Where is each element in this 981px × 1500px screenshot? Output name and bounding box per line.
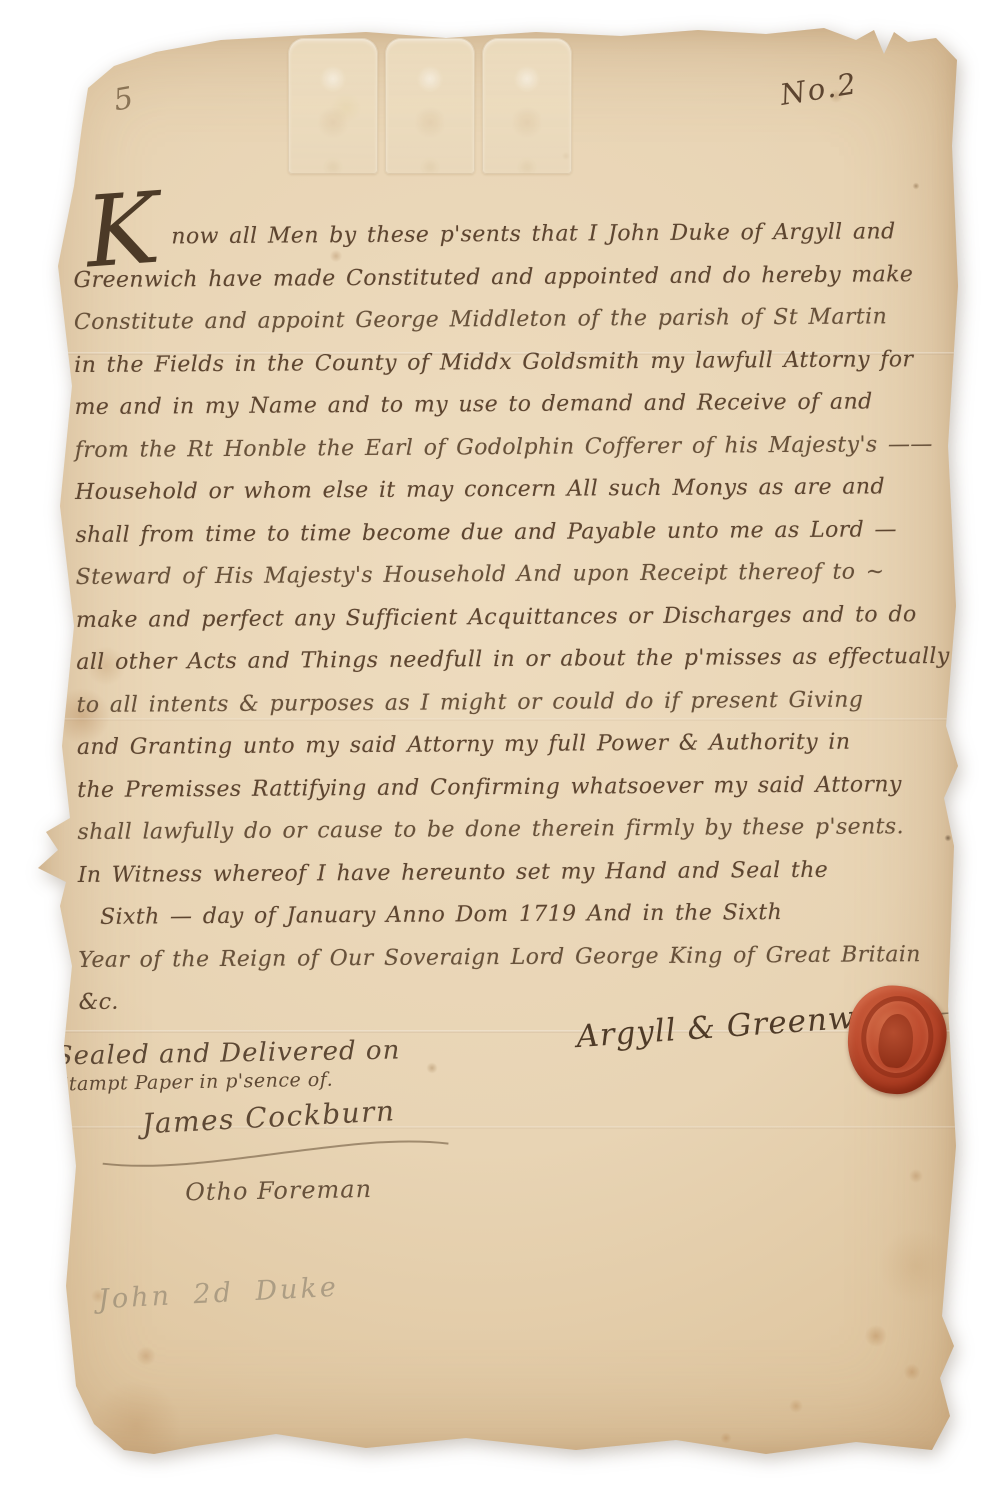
attestation-line: Sealed and Delivered on: [55, 1035, 455, 1072]
body-line: all other Acts and Things needfull in or…: [76, 636, 936, 685]
witness-attestation-block: Sealed and Delivered on Stampt Paper in …: [55, 1035, 458, 1209]
pencil-attribution-note: John 2d Duke: [97, 1272, 339, 1316]
witness-signature: Otho Foreman: [185, 1174, 457, 1207]
body-line: shall from time to time become due and P…: [75, 509, 935, 558]
body-line: the Premisses Rattifying and Confirming …: [77, 763, 937, 812]
embossed-revenue-stamp-icon: [288, 38, 378, 174]
body-line: Household or whom else it may concern Al…: [75, 466, 935, 515]
body-line: shall lawfully do or cause to be done th…: [77, 806, 937, 855]
manuscript-body: now all Men by these p'sents that I John…: [73, 211, 939, 1024]
body-line: now all Men by these p'sents that I John…: [73, 211, 933, 260]
body-line: Year of the Reign of Our Soveraign Lord …: [78, 933, 938, 982]
body-line: In Witness whereof I have hereunto set m…: [78, 848, 938, 897]
body-line: make and perfect any Sufficient Acquitta…: [76, 593, 936, 642]
document-number: No.2: [778, 66, 860, 112]
body-line: Sixth — day of January Anno Dom 1719 And…: [78, 891, 938, 940]
embossed-stamp-row: [288, 38, 572, 174]
manuscript-paper: 5 No.2 K now all Men by these p'sents th…: [36, 26, 960, 1456]
body-line: Constitute and appoint George Middleton …: [74, 296, 934, 345]
embossed-revenue-stamp-icon: [482, 38, 572, 174]
embossed-revenue-stamp-icon: [385, 38, 475, 174]
body-line: Greenwich have made Constituted and appo…: [73, 254, 933, 303]
body-line: Steward of His Majesty's Household And u…: [76, 551, 936, 600]
body-line: from the Rt Honble the Earl of Godolphin…: [75, 424, 935, 473]
photograph-backdrop: 5 No.2 K now all Men by these p'sents th…: [0, 0, 981, 1500]
body-line: to all intents & purposes as I might or …: [76, 678, 936, 727]
body-line: in the Fields in the County of Middx Gol…: [74, 339, 934, 388]
body-line: and Granting unto my said Attorny my ful…: [77, 721, 937, 770]
paper-shadow-wrap: 5 No.2 K now all Men by these p'sents th…: [0, 0, 981, 1500]
attestation-line: Stampt Paper in p'sence of.: [55, 1067, 455, 1096]
pencil-folio-number: 5: [111, 81, 136, 119]
body-line: me and in my Name and to my use to deman…: [74, 381, 934, 430]
